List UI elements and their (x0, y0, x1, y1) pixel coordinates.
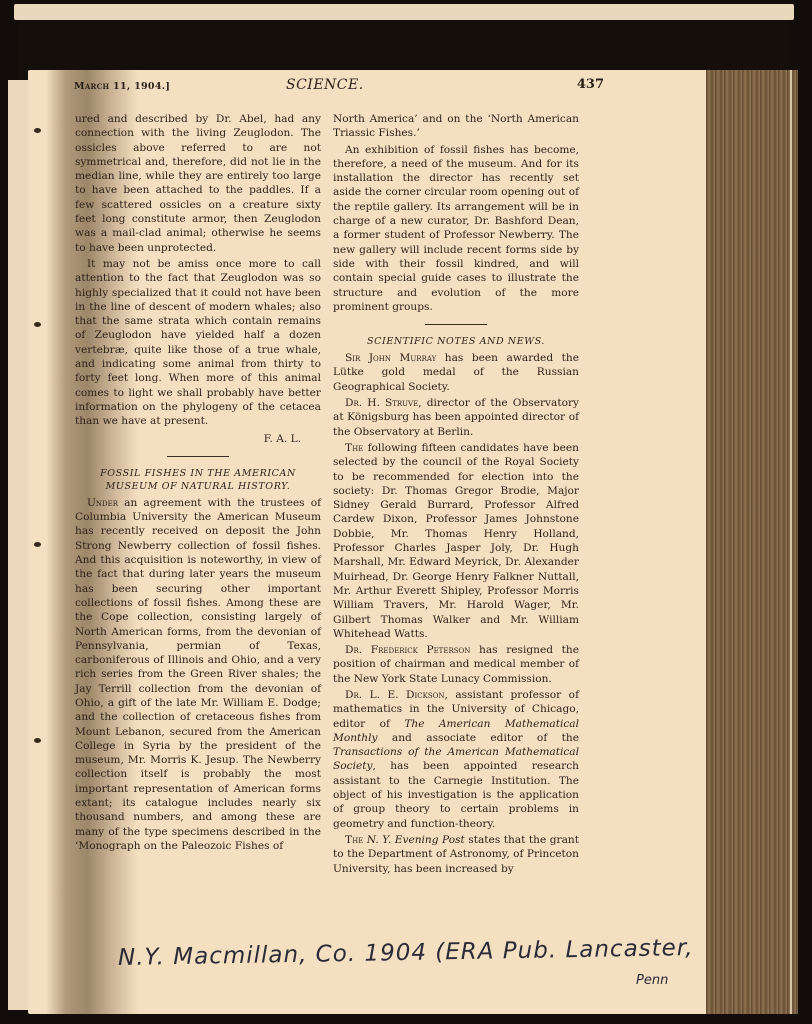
paragraph: ured and described by Dr. Abel, had any … (75, 112, 321, 255)
binding-hole-icon (34, 542, 41, 547)
paragraph: Under an agreement with the trustees of … (75, 496, 321, 853)
section-divider (167, 456, 229, 457)
paragraph: An exhibition of fossil fishes has becom… (333, 143, 579, 315)
lead-name: Dr. Frederick Peterson (345, 644, 470, 656)
lead-name: The (345, 834, 363, 846)
page-edges-stack (706, 70, 798, 1014)
news-item: Dr. H. Struve, director of the Observato… (333, 396, 579, 439)
news-item: Dr. L. E. Dickson, assistant professor o… (333, 688, 579, 831)
paragraph-text: an agreement with the trustees of Columb… (75, 497, 321, 852)
lead-name: Dr. H. Struve (345, 397, 418, 409)
section-heading: SCIENTIFIC NOTES AND NEWS. (333, 335, 579, 348)
background-sheet (14, 4, 794, 20)
binding-hole-icon (34, 738, 41, 743)
lead-name: Sir John Murray (345, 352, 436, 364)
lead-word: Under (87, 497, 118, 509)
running-header: March 11, 1904.] SCIENCE. 437 (74, 77, 604, 97)
binding-hole-icon (34, 322, 41, 327)
newspaper-name: N. Y. Evening Post (363, 834, 465, 846)
binding-hole-icon (34, 128, 41, 133)
news-text: and associate editor of the (378, 732, 579, 744)
lead-name: The (345, 442, 363, 454)
paragraph: North America’ and on the ‘North America… (333, 112, 579, 141)
lead-name: Dr. L. E. Dickson (345, 689, 445, 701)
section-heading: FOSSIL FISHES IN THE AMERICAN MUSEUM OF … (75, 467, 321, 493)
section-divider (425, 324, 487, 325)
news-item: The following fifteen candidates have be… (333, 441, 579, 641)
author-signature: F. A. L. (75, 432, 321, 446)
issue-date: March 11, 1904.] (74, 81, 170, 92)
handwritten-citation-line2: Penn (636, 973, 668, 988)
news-item: Dr. Frederick Peterson has resigned the … (333, 643, 579, 686)
paragraph: It may not be amiss once more to call at… (75, 257, 321, 429)
page-number: 437 (577, 77, 604, 92)
right-column: North America’ and on the ‘North America… (333, 112, 579, 876)
news-item: The N. Y. Evening Post states that the g… (333, 833, 579, 876)
left-column: ured and described by Dr. Abel, had any … (75, 112, 321, 853)
news-text: following fifteen candidates have been s… (333, 442, 579, 640)
news-item: Sir John Murray has been awarded the Lüt… (333, 351, 579, 394)
journal-title: SCIENCE. (286, 77, 364, 93)
